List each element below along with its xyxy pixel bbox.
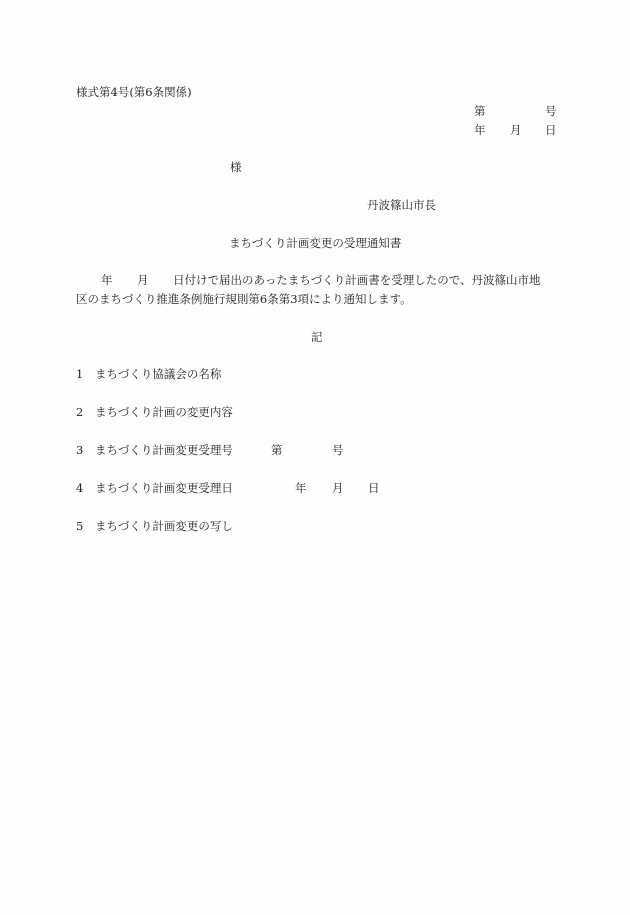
addressee-suffix: 様 [230, 159, 242, 175]
doc-date-month: 月 [510, 122, 522, 138]
item-4-year: 年 [295, 480, 307, 496]
doc-number-suffix: 号 [545, 103, 557, 119]
item-5-number: 5 [76, 518, 83, 534]
item-1-label: まちづくり協議会の名称 [95, 366, 221, 382]
body-line2: 区のまちづくり推進条例施行規則第6条第3項により通知します。 [76, 291, 412, 307]
sender: 丹波篠山市長 [367, 197, 436, 213]
body-month: 月 [137, 272, 149, 288]
doc-date-day: 日 [545, 122, 557, 138]
item-2-label: まちづくり計画の変更内容 [95, 404, 233, 420]
doc-number-prefix: 第 [474, 103, 486, 119]
document-page: 様式第4号(第6条関係) 第 号 年 月 日 様 丹波篠山市長 まちづくり計画変… [0, 0, 630, 915]
item-3-value-suffix: 号 [332, 442, 344, 458]
document-title: まちづくり計画変更の受理通知書 [229, 235, 401, 251]
ki-heading: 記 [311, 329, 323, 345]
item-4-label: まちづくり計画変更受理日 [95, 480, 233, 496]
item-3-number: 3 [76, 442, 83, 458]
item-2-number: 2 [76, 404, 83, 420]
item-4-day: 日 [368, 480, 380, 496]
item-4-number: 4 [76, 480, 83, 496]
body-line1: 日付けで届出のあったまちづくり計画書を受理したので、丹波篠山市地 [173, 272, 541, 288]
item-1-number: 1 [76, 366, 83, 382]
doc-date-year: 年 [474, 122, 486, 138]
item-3-value-prefix: 第 [271, 442, 283, 458]
item-4-month: 月 [332, 480, 344, 496]
body-year: 年 [101, 272, 113, 288]
item-5-label: まちづくり計画変更の写し [95, 518, 233, 534]
form-label: 様式第4号(第6条関係) [76, 84, 192, 100]
item-3-label: まちづくり計画変更受理号 [95, 442, 233, 458]
